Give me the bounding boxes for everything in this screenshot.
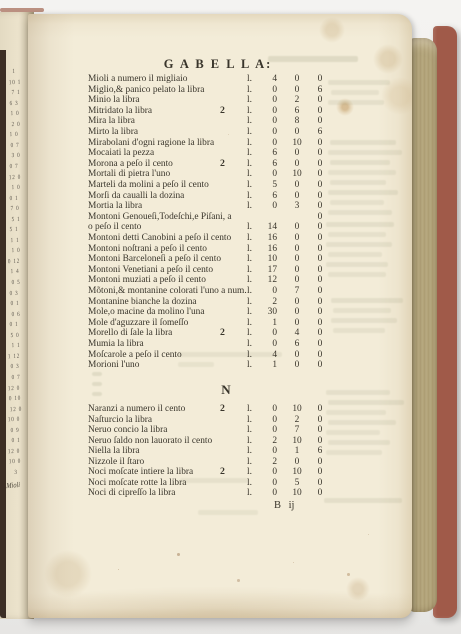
denari-value: 0	[307, 328, 333, 338]
tariff-row: Neruo ſaldo non lauorato il centol.2100	[28, 436, 412, 447]
denari-value: 6	[307, 127, 333, 137]
lire-value: 10	[249, 254, 277, 264]
denari-value: 0	[307, 307, 333, 317]
denari-value: 0	[307, 148, 333, 158]
item-name: Mortali di pietra l'uno	[88, 169, 170, 179]
tariff-row: Mõtoni,& montanine colorati l'uno a num.…	[28, 286, 412, 297]
item-name: Montoni Barceloneſi a peſo il cento	[88, 254, 221, 264]
gutter-digit: 2 0	[6, 120, 26, 128]
tariff-row: Mitridato la libra2l.060	[28, 106, 412, 117]
denari-value: 0	[307, 488, 333, 498]
tariff-row: Noci moſcate intiere la libra2l.0100	[28, 467, 412, 478]
item-name: Naranzi a numero il cento	[88, 404, 185, 414]
tariff-row: Moſcarole a peſo il centol.400	[28, 350, 412, 361]
tariff-row: Mioli a numero il migliaiol.400	[28, 74, 412, 85]
item-name: Mõtoni,& montanine colorati l'uno a num.	[88, 286, 247, 296]
tariff-row: Montoni Venetiani a peſo il centol.1700	[28, 265, 412, 276]
lire-value: 6	[249, 159, 277, 169]
denari-value: 0	[307, 191, 333, 201]
denari-value: 0	[307, 169, 333, 179]
denari-value: 0	[307, 404, 333, 414]
tariff-row: Montoni Barceloneſi a peſo il centol.100…	[28, 254, 412, 265]
gutter-digit: 1	[4, 68, 24, 76]
gutter-digit: 0 12	[4, 258, 24, 266]
lire-value: 16	[249, 244, 277, 254]
gutter-digit: 12 0	[5, 173, 25, 181]
gutter-digit: 1 0	[5, 110, 25, 118]
lire-value: 2	[249, 457, 277, 467]
tariff-row: Noci di cipreſſo la libral.0100	[28, 488, 412, 499]
gutter-digit: 3	[6, 469, 26, 477]
denari-value: 0	[307, 286, 333, 296]
lire-value: 0	[249, 95, 277, 105]
photo-backdrop: 110 17 16 31 02 01 00 73 00 712 01 00 17…	[0, 0, 461, 634]
show-through-line	[198, 510, 258, 515]
item-name: Mole,o macine da molino l'una	[88, 307, 205, 317]
denari-value: 0	[307, 350, 333, 360]
gutter-digit: 1 0	[6, 184, 26, 192]
denari-value: 0	[307, 180, 333, 190]
lire-value: 0	[249, 106, 277, 116]
lire-value: 0	[249, 339, 277, 349]
tariff-row: Mole,o macine da molino l'unal.3000	[28, 307, 412, 318]
paragraph-mark: 2	[220, 159, 236, 169]
denari-value: 0	[307, 233, 333, 243]
item-name: Noci moſcate intiere la libra	[88, 467, 193, 477]
gutter-digit: 6 3	[4, 99, 24, 107]
item-name: Neruo ſaldo non lauorato il cento	[88, 436, 212, 446]
tariff-row: Montoni noſtrani a peſo il centol.1600	[28, 244, 412, 255]
tariff-row: o peſo il centol.1400	[28, 222, 412, 233]
denari-value: 0	[307, 478, 333, 488]
item-name: Montoni detti Canobini a peſo il cento	[88, 233, 231, 243]
gutter-digit: 0 3	[4, 289, 24, 297]
fore-edge-pages	[408, 38, 437, 612]
paragraph-mark: 2	[220, 106, 236, 116]
denari-value: 0	[307, 297, 333, 307]
gutter-digit: 12 0	[4, 447, 24, 455]
denari-value: 0	[307, 360, 333, 370]
item-name: Noci moſcate rotte la libra	[88, 478, 186, 488]
lire-value: 16	[249, 233, 277, 243]
tariff-row: Noci moſcate rotte la libral.050	[28, 478, 412, 489]
item-name: Mitridato la libra	[88, 106, 152, 116]
lire-value: 0	[249, 446, 277, 456]
tariff-row: Montanine bianche la dozinal.200	[28, 297, 412, 308]
item-name: Neruo concio la libra	[88, 425, 167, 435]
item-name: Noci di cipreſſo la libra	[88, 488, 175, 498]
tariff-row: Montoni detti Canobini a peſo il centol.…	[28, 233, 412, 244]
denari-value: 0	[307, 74, 333, 84]
gutter-digit: 0 7	[4, 163, 24, 171]
item-name: Mortia la libra	[88, 201, 142, 211]
gutter-digit: 5 1	[4, 226, 24, 234]
item-name: Morioni l'uno	[88, 360, 139, 370]
lire-value: 0	[249, 478, 277, 488]
item-name: Nizzole il ſtaro	[88, 457, 144, 467]
gutter-digit: 0 3	[5, 363, 25, 371]
lire-value: 0	[249, 488, 277, 498]
gutter-digit: 1 0	[4, 131, 24, 139]
lire-value: 0	[249, 85, 277, 95]
lire-value: 17	[249, 265, 277, 275]
gutter-digit: 0 1	[4, 194, 24, 202]
denari-value: 0	[307, 138, 333, 148]
gutter-digit: 1 1	[6, 342, 26, 350]
lire-value: 0	[249, 169, 277, 179]
tariff-row: Mira la libral.080	[28, 116, 412, 127]
denari-value: 0	[307, 467, 333, 477]
item-name: o peſo il cento	[88, 222, 141, 232]
gutter-digit: 1 12	[4, 353, 24, 361]
denari-value: 0	[307, 244, 333, 254]
denari-value: 0	[307, 415, 333, 425]
gutter-digit: 12 0	[6, 405, 26, 413]
item-name: Minio la libra	[88, 95, 140, 105]
gutter-digit: 0 1	[6, 437, 26, 445]
tariff-row: Morello di ſale la libra2l.040	[28, 328, 412, 339]
gutter-digit: 10 0	[5, 458, 25, 466]
denari-value: 0	[307, 106, 333, 116]
denari-value: 0	[307, 222, 333, 232]
gathering-signature: B ij	[274, 500, 344, 511]
denari-value: 0	[307, 212, 333, 222]
tariff-row: Niella la libral.016	[28, 446, 412, 457]
gutter-digit: 10 0	[4, 416, 24, 424]
gutter-digit: 0 1	[4, 321, 24, 329]
gutter-digit: 0 10	[5, 395, 25, 403]
gutter-digit: 0 5	[6, 279, 26, 287]
lire-value: 2	[249, 297, 277, 307]
tariff-row: Mortali di pietra l'unol.0100	[28, 169, 412, 180]
lire-value: 12	[249, 275, 277, 285]
tariff-row: Naſturcio la libral.020	[28, 415, 412, 426]
lire-value: 1	[249, 318, 277, 328]
gutter-digit: 5 0	[5, 331, 25, 339]
denari-value: 0	[307, 254, 333, 264]
lire-value: 0	[249, 404, 277, 414]
tariff-row: Morſi da caualli la dozinal.600	[28, 191, 412, 202]
tariff-row: Miglio,& panico pelato la libral.006	[28, 85, 412, 96]
lire-value: 6	[249, 191, 277, 201]
item-name: Mioli a numero il migliaio	[88, 74, 187, 84]
denari-value: 0	[307, 425, 333, 435]
show-through-line	[92, 372, 102, 376]
item-name: Mira la libra	[88, 116, 135, 126]
item-name: Morona a peſo il cento	[88, 159, 173, 169]
item-name: Montoni noſtrani a peſo il cento	[88, 244, 207, 254]
gutter-digit: 0 7	[5, 142, 25, 150]
lire-value: 0	[249, 286, 277, 296]
lire-value: 0	[249, 425, 277, 435]
tariff-row: Mortia la libral.030	[28, 201, 412, 212]
item-name: Mirto la libra	[88, 127, 138, 137]
gutter-digit: 10 1	[5, 78, 25, 86]
item-name: Miglio,& panico pelato la libra	[88, 85, 204, 95]
denari-value: 0	[307, 339, 333, 349]
denari-value: 0	[307, 116, 333, 126]
section-heading-n: N	[88, 382, 364, 398]
item-name: Morello di ſale la libra	[88, 328, 172, 338]
tariff-row: Montoni muziati a peſo il centol.1200	[28, 275, 412, 286]
page-title: G A B E L L A:	[88, 57, 348, 72]
item-name: Mumia la libra	[88, 339, 144, 349]
denari-value: 0	[307, 275, 333, 285]
tariff-row: Morioni l'unol.100	[28, 360, 412, 371]
item-name: Niella la libra	[88, 446, 140, 456]
item-name: Morſi da caualli la dozina	[88, 191, 184, 201]
denari-value: 0	[307, 265, 333, 275]
tariff-row: Mirto la libral.006	[28, 127, 412, 138]
denari-value: 0	[307, 457, 333, 467]
item-name: Marteli da molini a peſo il cento	[88, 180, 209, 190]
lire-value: 6	[249, 148, 277, 158]
gutter-digit: 1 0	[6, 247, 26, 255]
lire-value: 4	[249, 350, 277, 360]
item-name: Montoni Genoueſi,Todeſchi,e Piſani, a	[88, 212, 232, 222]
gutter-digit: 12 0	[4, 384, 24, 392]
item-name: Naſturcio la libra	[88, 415, 152, 425]
lire-value: 5	[249, 180, 277, 190]
gutter-digit: 0 7	[6, 374, 26, 382]
lire-value: 0	[249, 328, 277, 338]
denari-value: 6	[307, 85, 333, 95]
denari-value: 0	[307, 201, 333, 211]
paragraph-mark: 2	[220, 467, 236, 477]
lire-value: 14	[249, 222, 277, 232]
lire-value: 0	[249, 415, 277, 425]
gutter-digit: 0 1	[5, 300, 25, 308]
lire-value: 0	[249, 138, 277, 148]
tariff-row: Montoni Genoueſi,Todeſchi,e Piſani, a0	[28, 212, 412, 223]
paragraph-mark: 2	[220, 404, 236, 414]
lire-value: 4	[249, 74, 277, 84]
lire-value: 0	[249, 116, 277, 126]
lire-value: 0	[249, 201, 277, 211]
item-name: Mole d'aguzzare il ſomeſſo	[88, 318, 188, 328]
book-page: G A B E L L A: Mioli a numero il migliai…	[28, 14, 412, 618]
gutter-digit: 7 1	[6, 89, 26, 97]
lire-value: 30	[249, 307, 277, 317]
lire-value: 1	[249, 360, 277, 370]
tariff-row: Neruo concio la libral.070	[28, 425, 412, 436]
item-name: Montoni muziati a peſo il cento	[88, 275, 206, 285]
gutter-digit: 5 1	[6, 215, 26, 223]
tariff-row: Marteli da molini a peſo il centol.500	[28, 180, 412, 191]
denari-value: 0	[307, 95, 333, 105]
tariff-row: Mirabolani d'ogni ragione la libral.0100	[28, 138, 412, 149]
lire-value: 2	[249, 436, 277, 446]
item-name: Montoni Venetiani a peſo il cento	[88, 265, 213, 275]
tariff-row: Mumia la libral.060	[28, 339, 412, 350]
foxing-specks	[28, 14, 29, 15]
gutter-digit: 1 1	[5, 236, 25, 244]
tariff-row: Naranzi a numero il cento2l.0100	[28, 404, 412, 415]
item-name: Mocaiati la pezza	[88, 148, 154, 158]
left-cover-edge	[0, 50, 6, 618]
gutter-digit: 7 0	[5, 205, 25, 213]
denari-value: 0	[307, 436, 333, 446]
item-name: Montanine bianche la dozina	[88, 297, 197, 307]
paragraph-mark: 2	[220, 328, 236, 338]
lire-value: 0	[249, 127, 277, 137]
denari-value: 6	[307, 446, 333, 456]
gutter-digit: 3 0	[6, 152, 26, 160]
tariff-row: Morona a peſo il cento2l.600	[28, 159, 412, 170]
denari-value: 0	[307, 318, 333, 328]
gutter-digit: 0 6	[6, 310, 26, 318]
item-name: Moſcarole a peſo il cento	[88, 350, 182, 360]
gutter-digit: 1 4	[5, 268, 25, 276]
lire-value: 0	[249, 467, 277, 477]
gutter-digit: 0 9	[5, 426, 25, 434]
denari-value: 0	[307, 159, 333, 169]
item-name: Mirabolani d'ogni ragione la libra	[88, 138, 214, 148]
